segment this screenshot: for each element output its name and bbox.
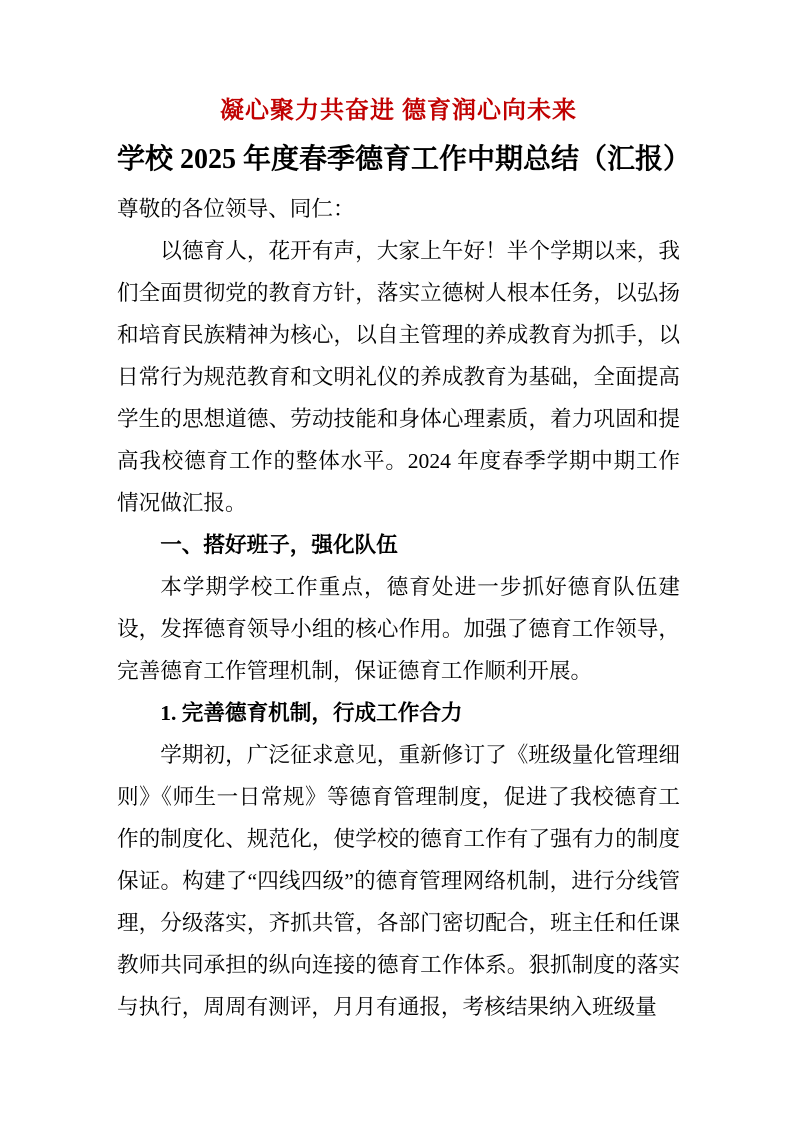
document-title: 学校 2025 年度春季德育工作中期总结（汇报） [117,140,680,180]
document-page: 凝心聚力共奋进 德育润心向未来 学校 2025 年度春季德育工作中期总结（汇报）… [0,0,793,1122]
document-subtitle: 凝心聚力共奋进 德育润心向未来 [117,96,680,126]
paragraph-section-1: 本学期学校工作重点，德育处进一步抓好德育队伍建设，发挥德育领导小组的核心作用。加… [117,566,680,692]
paragraph-intro: 以德育人，花开有声，大家上午好！半个学期以来，我们全面贯彻党的教育方针，落实立德… [117,230,680,524]
section-heading-1: 一、搭好班子，强化队伍 [117,524,680,566]
section-heading-1-1: 1. 完善德育机制，行成工作合力 [117,692,680,734]
paragraph-section-1-1: 学期初，广泛征求意见，重新修订了《班级量化管理细则》《师生一日常规》等德育管理制… [117,734,680,1028]
salutation: 尊敬的各位领导、同仁： [117,188,680,230]
document-body: 尊敬的各位领导、同仁： 以德育人，花开有声，大家上午好！半个学期以来，我们全面贯… [117,188,680,1028]
